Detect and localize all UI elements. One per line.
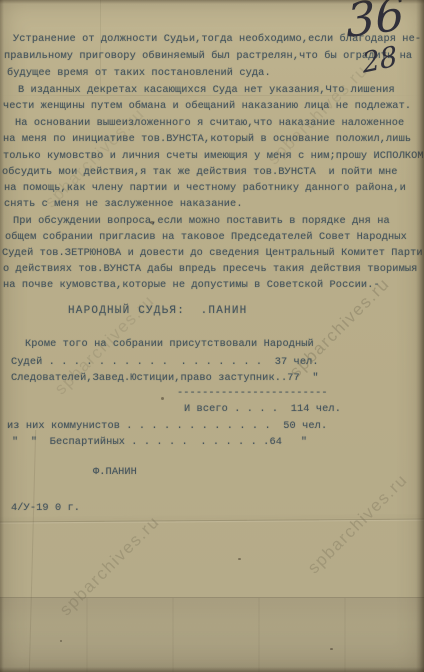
typed-line: Кроме того на собрании присутствовали На…: [25, 338, 314, 350]
typed-line: Судей тов.ЗЕТРЮНОВА и довести до сведени…: [2, 247, 423, 259]
typed-line: обсудить мои действия,я так же действия …: [2, 166, 398, 178]
typed-line: Ф.ПАНИН: [93, 466, 137, 478]
handwritten-page-number: 36: [345, 0, 405, 44]
typed-line: на помощь,как члену партии и честному ра…: [4, 182, 406, 194]
typed-line: на меня по инициативе тов.ВУНСТА,который…: [3, 133, 411, 145]
typed-line: 4/У-19 0 г.: [11, 502, 80, 514]
paper-speck: [150, 221, 154, 224]
typed-line: из них коммунистов . . . . . . . . . . .…: [7, 420, 327, 432]
typed-line: ------------------------: [177, 387, 328, 399]
typed-line: только кумовство и личния счеты имеющия …: [3, 150, 424, 162]
paper-fold: [0, 519, 424, 523]
typed-line: В изданных декретах касающихся Суда нет …: [18, 84, 395, 96]
paper-speck: [161, 397, 164, 400]
typed-line: правильному приговору обвиняемый был рас…: [4, 50, 412, 62]
typed-line: НАРОДНЫЙ СУДЬЯ: .ПАНИН: [68, 305, 247, 317]
handwritten-page-number: 28: [361, 42, 399, 77]
typed-line: снять с меня не заслуженное наказание.: [4, 198, 243, 210]
typed-line: Судей . . . . . . . . . . . . . . . . . …: [11, 356, 319, 368]
typed-line: общем собрании пригласив на таковое Пред…: [5, 231, 407, 243]
paper-speck: [60, 640, 62, 642]
typed-line: чести женщины путем обмана и обещаний на…: [3, 100, 411, 112]
scan-edge-shadow-right: [416, 0, 424, 672]
typed-line: о действиях тов.ВУНСТА дабы впредь пресе…: [3, 263, 417, 275]
typed-line: На основании вышеизложенного я считаю,чт…: [15, 117, 404, 129]
archive-watermark-text: spbarchives.ru: [304, 470, 412, 578]
paper-speck: [330, 648, 333, 650]
typed-line: Следователей,Завед.Юстиции,право заступн…: [11, 372, 319, 384]
document-page: spbarchives.ruspbarchives.ruspbarchives.…: [0, 0, 424, 672]
typed-line: будущее время от таких постановлений суд…: [7, 67, 271, 79]
paper-speck: [238, 558, 241, 560]
paper-streaks: [0, 598, 424, 672]
typed-line: И всего . . . . 114 чел.: [184, 403, 341, 415]
typed-line: " " Беспартийных . . . . . . . . . . .64…: [12, 436, 307, 448]
typed-line: на почве кумовства,которые не допустимы …: [3, 279, 380, 291]
typed-line: При обсуждении вопроса,если можно постав…: [13, 215, 390, 227]
